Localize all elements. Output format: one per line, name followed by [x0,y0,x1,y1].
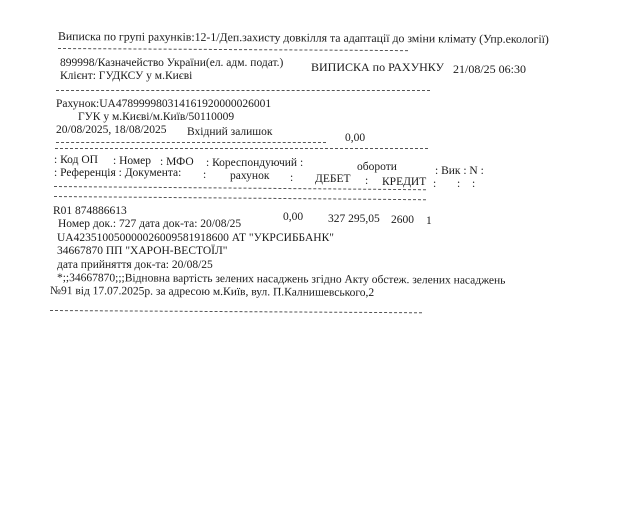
transaction-debit: 0,00 [283,212,303,224]
transaction-vyk: 2600 [391,215,414,227]
col-kredyt: КРЕДИТ [382,177,426,189]
account-number: Рахунок:UA478999980314161920000026001 [56,99,271,111]
transaction-credit: 327 295,05 [328,214,380,226]
col-rahunok: рахунок [230,171,269,183]
divider [54,196,426,200]
client-line: Клієнт: ГУДКСУ у м.Києві [60,71,192,83]
payment-purpose-2: №91 від 17.07.2025р. за адресою м.Київ, … [50,286,374,299]
sep: : [433,179,436,191]
sep: : [472,179,475,191]
col-kod-op: : Код ОП [54,155,98,167]
col-vyk-n: : Вик : N : [435,166,484,178]
transaction-n: 1 [426,216,432,228]
counterparty-iban: UA423510050000026009581918600 АТ "УКРСИБ… [57,233,334,245]
sep: : [290,173,293,185]
col-debet: ДЕБЕТ [315,174,351,186]
col-nomer: : Номер [113,156,151,168]
bank-line: ГУК у м.Києві/м.Київ/50110009 [78,112,234,124]
transaction-ref: R01 874886613 [53,206,127,218]
statement-title: ВИПИСКА по РАХУНКУ [311,61,444,73]
statement-dates: 20/08/2025, 18/08/2025 [56,125,167,137]
divider [56,142,326,143]
sep: : [203,170,206,182]
statement-group-line: Виписка по групі рахунків:12-1/Деп.захис… [58,31,549,46]
sep: : [365,176,368,188]
treasury-line: 899998/Казначейство України(ел. адм. под… [60,58,283,70]
col-oboroty: обороти [357,162,397,174]
divider [58,48,408,51]
divider [56,90,430,91]
statement-datetime: 21/08/25 06:30 [453,63,526,75]
counterparty-name: 34667870 ПП "ХАРОН-ВЕСТОЇЛ" [57,246,228,258]
divider [54,186,426,190]
sep: : [457,179,460,191]
divider [55,148,428,149]
accept-date: дата прийняття док-та: 20/08/25 [57,260,213,272]
col-korespond: : Кореспондуючий : [206,158,303,170]
opening-balance-label: Вхідний залишок [187,127,273,139]
transaction-doc: Номер док.: 727 дата док-та: 20/08/25 [58,219,241,231]
opening-balance-value: 0,00 [345,133,365,145]
col-referencia: : Референція : Документа: [54,168,181,180]
divider [50,310,422,313]
